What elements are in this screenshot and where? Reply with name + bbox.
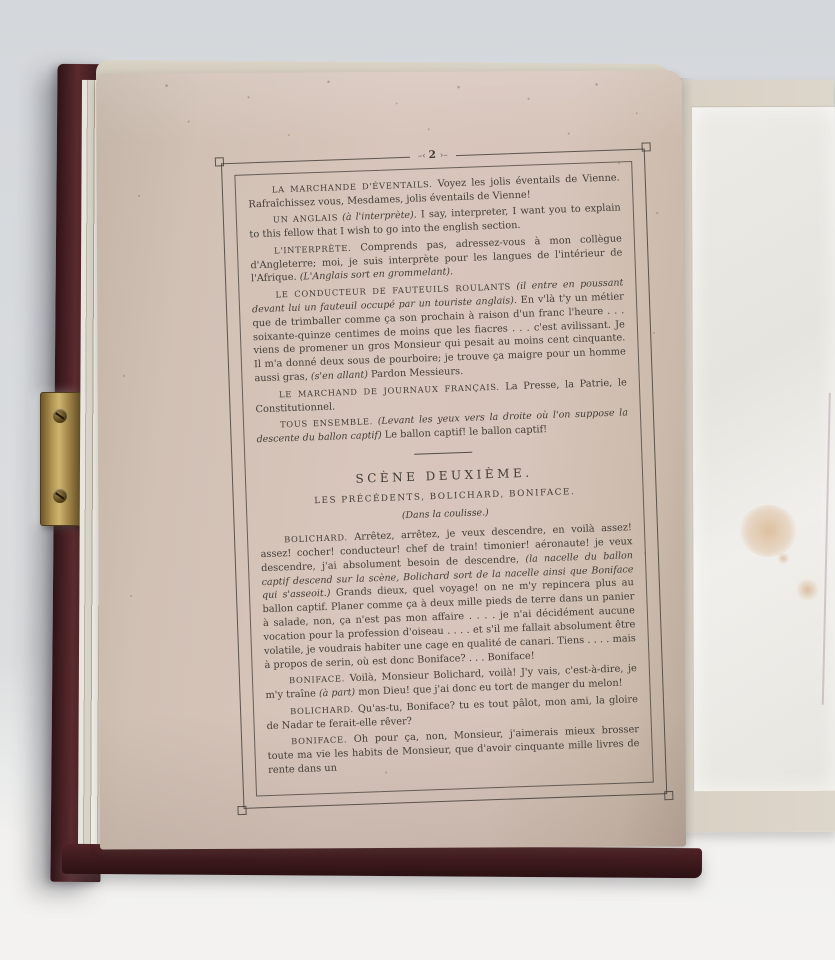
page-number: –‹2›–: [410, 148, 456, 162]
hinge-screw-top: [53, 409, 67, 423]
speaker-name: LA MARCHANDE D'ÉVENTAILS.: [272, 179, 433, 195]
foxing-spot: [795, 579, 819, 601]
book-photo: –‹2›– LA MARCHANDE D'ÉVENTAILS. Voyez le…: [0, 0, 835, 960]
stage-direction: (L'Anglais sort en grommelant).: [300, 267, 454, 283]
frame-corner-top-right: [641, 142, 650, 151]
speaker-name: BONIFACE.: [289, 674, 345, 686]
scene-title: SCÈNE DEUXIÈME.: [258, 462, 630, 489]
stage-direction: (à l'interprète).: [338, 210, 417, 224]
tissue-guard: [691, 106, 835, 791]
speaker-name: BOLICHARD.: [284, 532, 348, 544]
stage-direction: (s'en allant): [311, 370, 368, 383]
show-through-line: [822, 393, 831, 705]
text-column: LA MARCHANDE D'ÉVENTAILS. Voyez les joli…: [234, 161, 653, 797]
page-number-ornament-left: –‹: [418, 151, 426, 161]
foxing-specks: [96, 74, 97, 75]
paragraph: LE CONDUCTEUR DE FAUTEUILS ROULANTS (il …: [251, 276, 626, 386]
print-frame: –‹2›– LA MARCHANDE D'ÉVENTAILS. Voyez le…: [221, 149, 667, 810]
frame-corner-top-left: [215, 157, 224, 166]
frame-corner-bottom-left: [237, 806, 246, 815]
stage-direction: (à part): [319, 687, 356, 699]
foxing-spot: [739, 505, 797, 557]
speaker-name: L'INTERPRÈTE.: [274, 242, 352, 255]
page-number-value: 2: [425, 149, 440, 161]
hinge-screw-bottom: [53, 489, 67, 503]
foxing-spot: [777, 553, 789, 564]
dialogue-text: Le ballon captif! le ballon captif!: [382, 424, 548, 441]
paragraph: BOLICHARD. Arrêtez, arrêtez, je veux des…: [260, 521, 637, 673]
dialogue-text: Pardon Messieurs.: [368, 366, 464, 380]
speaker-name: TOUS ENSEMBLE.: [280, 416, 373, 429]
speaker-name: UN ANGLAIS: [273, 213, 339, 225]
dialogue-text: Oh pour ça, non, Monsieur, j'aimerais mi…: [267, 724, 639, 776]
left-page: –‹2›– LA MARCHANDE D'ÉVENTAILS. Voyez le…: [96, 70, 686, 849]
speaker-name: BONIFACE.: [291, 734, 347, 746]
frame-corner-bottom-right: [664, 791, 673, 800]
page-number-ornament-right: ›–: [440, 150, 448, 160]
speaker-name: BOLICHARD.: [290, 704, 354, 716]
section-rule: [414, 452, 472, 455]
brass-hinge: [40, 392, 82, 526]
